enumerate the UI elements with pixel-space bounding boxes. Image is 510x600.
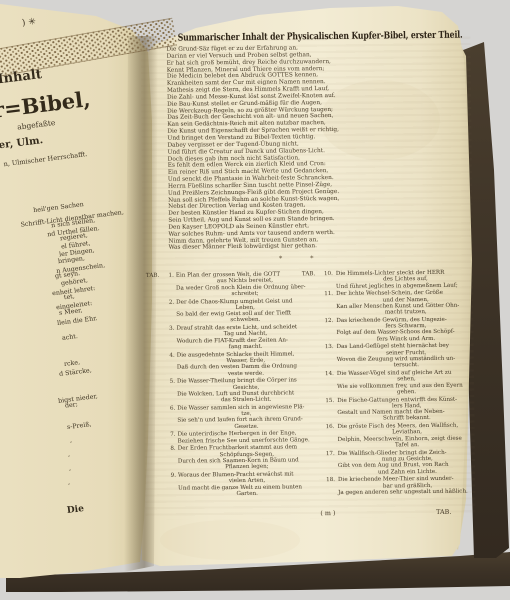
- tab-entry-number: 8.: [163, 446, 176, 452]
- tab-index-right-column: TAB.10.Die Himmels-Lichter steckt der HE…: [302, 270, 477, 498]
- tab-entry: 14.Die Wasser-Vögel sind auf gleiche Art…: [303, 370, 476, 397]
- left-page-text-fragment: n, Ulmischer Herrschafft.: [3, 151, 88, 168]
- tab-entry: 9.Woraus der Blumen-Pracht erwächst mitv…: [148, 471, 316, 498]
- left-page-text-fragment: acht.: [62, 334, 79, 342]
- tab-entry: TAB.1.Ein Plan der grossen Welt, die GOT…: [146, 271, 314, 298]
- tab-entry: 2.Der öde Chaos-Klump umgiebt Geist undL…: [146, 298, 314, 325]
- left-page-text-fragment: ller, Ulm.: [0, 136, 44, 152]
- left-page-text-fragment: rcke,: [64, 360, 81, 368]
- tab-entry-number: 2.: [161, 299, 174, 305]
- tab-entry: 3.Drauf strahlt das erste Licht, und sch…: [146, 324, 314, 351]
- tab-entry: 8.Der Erden Fruchtbarkeit stammt aus dem…: [148, 445, 316, 472]
- left-page-text-fragment: s-Preiß,: [67, 422, 92, 431]
- left-page-text-fragment: ) ✳: [22, 18, 37, 29]
- tab-entry: 12.Das kriechende Gewürm, des Ungezie-fe…: [302, 316, 475, 343]
- tab-entry-number: 3.: [161, 326, 174, 332]
- left-page-text-fragment: heil'gen Sachen: [33, 202, 84, 214]
- tab-entry: 7.Die unterirdische Herbergen in der Eng…: [148, 431, 316, 445]
- tab-entry-number: 10.: [316, 271, 333, 277]
- left-page-text-fragment: tet,: [64, 294, 75, 302]
- left-page-text-fragment: llein die Ehr.: [57, 316, 98, 327]
- tab-entry-line: Und führet jegliches in abgemeßnem Lauf;: [302, 282, 475, 290]
- left-page-text-fragment: s Meer,: [58, 308, 82, 317]
- tab-entry: 17.Die Wallfisch-Glieder bringt die Zeic…: [304, 449, 477, 476]
- tab-entry-line: Beziehen frische See und unerforschte Gä…: [148, 437, 316, 445]
- section-separator: * *: [261, 254, 345, 263]
- tab-entry: 13.Das Land-Geflügel steht hiernächst be…: [303, 343, 476, 370]
- tab-entry-number: 4.: [162, 352, 175, 358]
- left-page: ) ✳r Inhaltupfer=Bibel,abgefaßteller, Ul…: [0, 0, 150, 600]
- book-photo: ) ✳r Inhaltupfer=Bibel,abgefaßteller, Ul…: [0, 0, 510, 600]
- tab-entry: 4.Die ausgedehnte Schlacke theilt Himmel…: [147, 351, 315, 378]
- left-page-text-fragment: ,: [68, 480, 71, 486]
- tab-entry: 6.Die Wasser sammlen sich in angewiesne …: [147, 404, 315, 431]
- tab-entry-number: 1.: [161, 273, 174, 279]
- left-page-text-fragment: d Stärcke,: [59, 368, 92, 378]
- tab-entry-number: 11.: [316, 291, 333, 297]
- poem: Die Grund-Säz füget er zu der Erfahrung …: [166, 44, 463, 252]
- tab-entry: 16.Die gröste Fisch des Meers, den Wallf…: [303, 423, 476, 450]
- left-page-text-fragment: Die: [67, 505, 85, 516]
- tab-entry-number: 5.: [162, 379, 175, 385]
- left-page-text-fragment: ,: [70, 438, 73, 444]
- tab-entry: 5.Die Wasser-Theilung bringt die Cörper …: [147, 378, 315, 405]
- tab-column-label: TAB.: [302, 271, 315, 277]
- tab-entry-number: 17.: [318, 451, 335, 457]
- signature-mark: ( m ): [320, 509, 335, 517]
- tab-entry-number: 18.: [318, 477, 335, 483]
- tab-entry: TAB.10.Die Himmels-Lichter steckt der HE…: [302, 270, 475, 291]
- tab-entry: 11.Der lichte Wechsel-Schein, der Größeu…: [302, 290, 475, 317]
- tab-column-label: TAB.: [146, 273, 159, 279]
- tab-index-left-column: TAB.1.Ein Plan der grossen Welt, die GOT…: [146, 271, 316, 499]
- tab-entry-number: 9.: [163, 473, 176, 479]
- tab-entry-line: Ja gegen anderen sehr ungestalt und häßl…: [304, 488, 477, 496]
- tab-entry-number: 14.: [317, 371, 334, 377]
- tab-entry-number: 16.: [317, 424, 334, 430]
- left-page-text-fragment: der;: [65, 402, 79, 410]
- left-page-text-fragment: abgefaßte: [17, 119, 56, 131]
- left-page-text-fragment: r Inhalt: [0, 68, 43, 88]
- right-page: Summarischer Inhalt der Physicalischen K…: [140, 0, 481, 600]
- tab-entry: 18.Die kriechende Meer-Thier sind wunder…: [304, 476, 477, 497]
- tab-entry-number: 12.: [316, 318, 333, 324]
- tab-entry: 15.Die Fische-Gattungen entwirfft des Kü…: [303, 396, 476, 423]
- catchword: TAB.: [436, 508, 451, 516]
- tab-entry-number: 6.: [162, 406, 175, 412]
- tab-entry-number: 15.: [317, 398, 334, 404]
- left-page-text-fragment: ,: [69, 466, 72, 472]
- left-page-text-fragment: ,: [68, 452, 71, 458]
- tab-entry-number: 13.: [317, 344, 334, 350]
